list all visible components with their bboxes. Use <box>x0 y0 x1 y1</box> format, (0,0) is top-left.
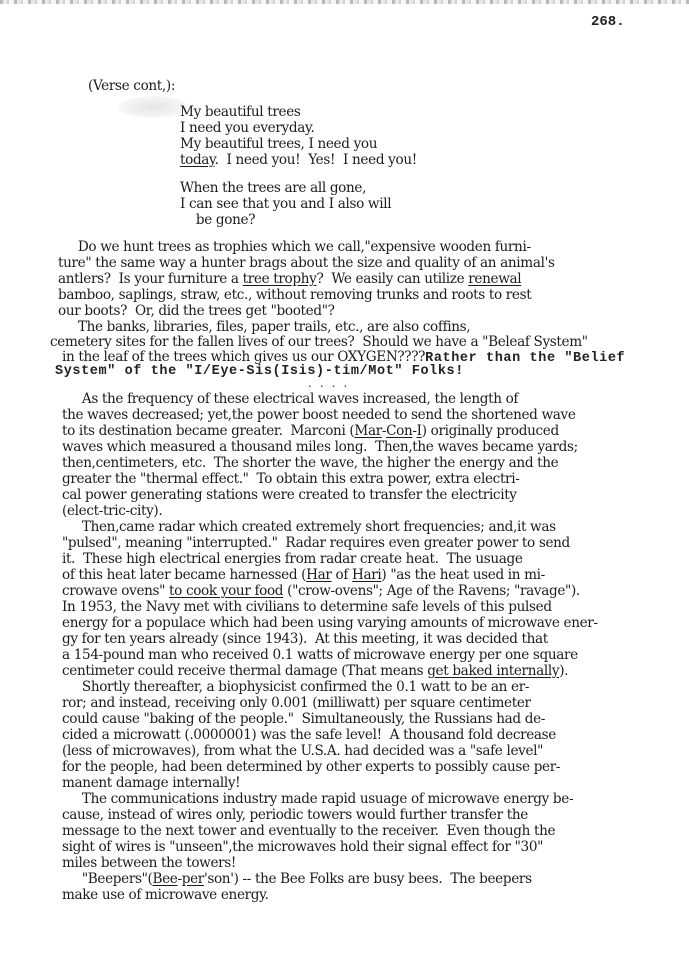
verse-line: I can see that you and I also will <box>180 196 391 212</box>
text-line: then,centimeters, etc. The shorter the w… <box>62 455 558 471</box>
text-line: (less of microwaves), from what the U.S.… <box>62 743 543 759</box>
text-line: manent damage internally! <box>62 775 240 791</box>
text-line: As the frequency of these electrical wav… <box>62 391 518 407</box>
text-line: ture" the same way a hunter brags about … <box>58 255 555 271</box>
underlined-word: today <box>180 152 215 168</box>
text-line: waves which measured a thousand miles lo… <box>62 439 578 455</box>
text-line: for the people, had been determined by o… <box>62 759 560 775</box>
section-separator: .... <box>308 376 355 390</box>
verse-line: When the trees are all gone, <box>180 180 366 196</box>
underlined-word: renewal <box>468 271 521 287</box>
text-line: a 154-pound man who received 0.1 watts o… <box>62 647 578 663</box>
verse-line: be gone? <box>180 212 255 228</box>
verse-line: today. I need you! Yes! I need you! <box>180 152 417 168</box>
verse-line: I need you everyday. <box>180 120 314 136</box>
verse-line: My beautiful trees <box>180 104 301 120</box>
text-line: cided a microwatt (.0000001) was the saf… <box>62 727 556 743</box>
scan-edge-artifact <box>0 0 689 4</box>
text-line: Do we hunt trees as trophies which we ca… <box>58 239 531 255</box>
text-line: "Beepers"(Bee-per'son') -- the Bee Folks… <box>62 871 532 887</box>
text-line: cause, instead of wires only, periodic t… <box>62 807 528 823</box>
text-line: greater the "thermal effect." To obtain … <box>62 471 519 487</box>
text-line: Then,came radar which created extremely … <box>62 519 556 535</box>
text-line: In 1953, the Navy met with civilians to … <box>62 599 552 615</box>
text-line: sight of wires is "unseen",the microwave… <box>62 839 543 855</box>
text-line: energy for a populace which had been usi… <box>62 615 598 631</box>
text-line: the waves decreased; yet,the power boost… <box>62 407 576 423</box>
text-line: could cause "baking of the people." Simu… <box>62 711 545 727</box>
text-line: to its destination became greater. Marco… <box>62 423 559 439</box>
text-line: it. These high electrical energies from … <box>62 551 523 567</box>
scan-smudge <box>118 96 188 118</box>
text-line: of this heat later became harnessed (Har… <box>62 567 545 583</box>
text-line: Shortly thereafter, a biophysicist confi… <box>62 679 529 695</box>
page-number: 268. <box>591 14 625 30</box>
verse-line: My beautiful trees, I need you <box>180 136 377 152</box>
text-line: gy for ten years already (since 1943). A… <box>62 631 548 647</box>
text-line: The communications industry made rapid u… <box>62 791 573 807</box>
text-line: antlers? Is your furniture a tree trophy… <box>58 271 521 287</box>
text-line: cemetery sites for the fallen lives of o… <box>50 334 588 350</box>
text-line: bamboo, saplings, straw, etc., without r… <box>58 287 531 303</box>
underlined-phrase: tree trophy <box>243 271 317 287</box>
text-line: our boots? Or, did the trees get "booted… <box>58 303 335 319</box>
text-line: message to the next tower and eventually… <box>62 823 555 839</box>
text-line: (elect-tric-city). <box>62 503 162 519</box>
text-line: System" of the "I/Eye-Sis(Isis)-tim/Mot"… <box>55 364 464 380</box>
text-line: make use of microwave energy. <box>62 887 269 903</box>
text-line: crowave ovens" to cook your food ("crow-… <box>62 583 580 599</box>
text-line: cal power generating stations were creat… <box>62 487 517 503</box>
text-line: ror; and instead, receiving only 0.001 (… <box>62 695 531 711</box>
text-line: The banks, libraries, files, paper trail… <box>58 319 470 335</box>
verse-heading: (Verse cont,): <box>88 78 175 94</box>
text-line: "pulsed", meaning "interrupted." Radar r… <box>62 535 570 551</box>
text-line: miles between the towers! <box>62 855 236 871</box>
text-line: centimeter could receive thermal damage … <box>62 663 568 679</box>
